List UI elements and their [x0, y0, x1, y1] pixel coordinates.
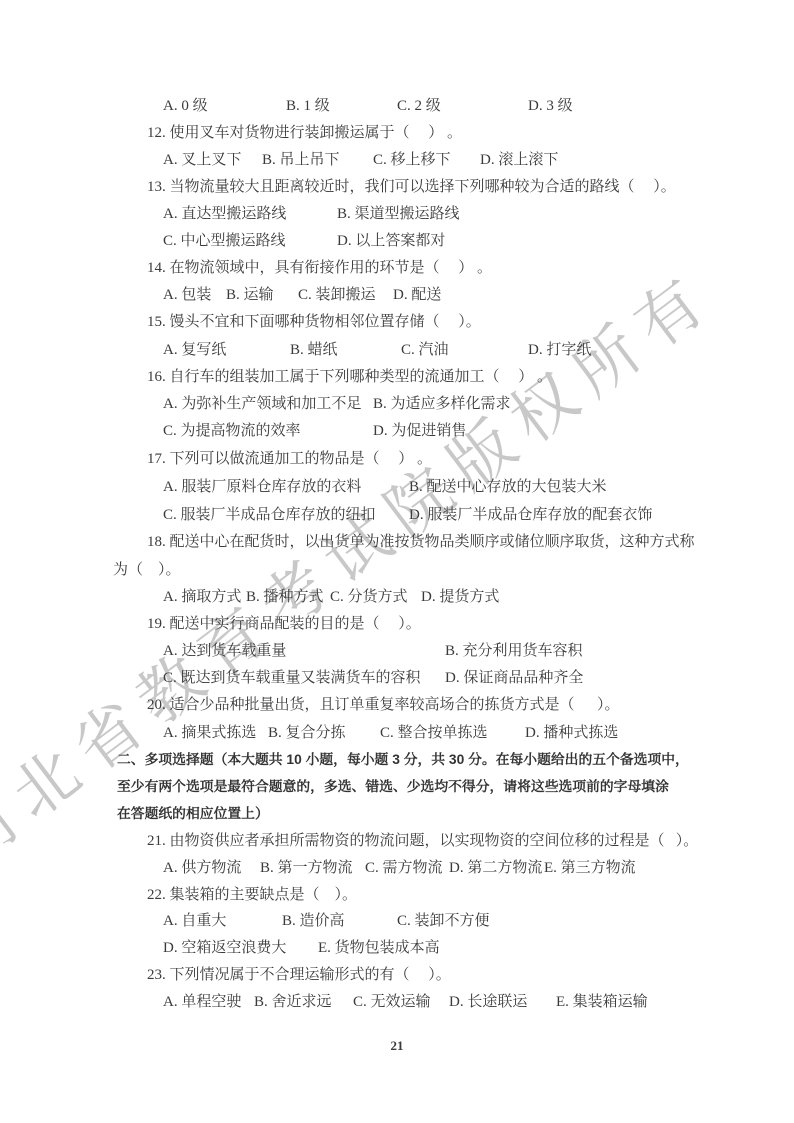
- q22-options-row1: B. 造价高: [282, 910, 345, 932]
- q15-options: B. 蜡纸: [290, 339, 338, 361]
- q13-options-row1: A. 直达型搬运路线: [163, 203, 286, 225]
- q20-options: B. 复合分拣: [268, 722, 346, 744]
- q18-options: C. 分货方式: [330, 586, 408, 608]
- q20-options: A. 摘果式拣选: [163, 722, 256, 744]
- q18-options: A. 摘取方式: [163, 586, 241, 608]
- q23-options: A. 单程空驶: [163, 991, 241, 1013]
- q16-options-row2: D. 为促进销售: [373, 420, 466, 442]
- q16-options-row1: A. 为弥补生产领域和加工不足: [163, 393, 361, 415]
- q13-options-row2: D. 以上答案都对: [337, 230, 445, 252]
- q11-options: D. 3 级: [528, 95, 573, 117]
- q12-options: A. 叉上叉下: [163, 149, 241, 171]
- text-layer: A. 0 级B. 1 级C. 2 级D. 3 级12. 使用叉车对货物进行装卸搬…: [0, 0, 794, 1123]
- q12-options: C. 移上移下: [373, 149, 451, 171]
- q23-options: E. 集装箱运输: [556, 991, 648, 1013]
- q14-options: A. 包装: [163, 284, 211, 306]
- q21-options: A. 供方物流: [163, 857, 241, 879]
- q14: 14. 在物流领域中，具有衔接作用的环节是（ ） 。: [147, 257, 492, 279]
- q21-options: C. 需方物流: [365, 857, 443, 879]
- q21: 21. 由物资供应者承担所需物资的物流问题，以实现物资的空间位移的过程是（ ）。: [147, 830, 698, 852]
- q22: 22. 集装箱的主要缺点是（ ）。: [147, 884, 357, 906]
- q19-options-row2: C. 既达到货车载重量又装满货车的容积: [163, 667, 421, 689]
- q11-options: B. 1 级: [286, 95, 330, 117]
- q23: 23. 下列情况属于不合理运输形式的有（ ）。: [147, 964, 451, 986]
- q12-options: B. 吊上吊下: [262, 149, 340, 171]
- q21-options: B. 第一方物流: [260, 857, 353, 879]
- q19: 19. 配送中实行商品配装的目的是（ ）。: [147, 613, 421, 635]
- exam-page: 河北省教育考试院版权所有 A. 0 级B. 1 级C. 2 级D. 3 级12.…: [0, 0, 794, 1123]
- q20: 20. 适合少品种批量出货，且订单重复率较高场合的拣货方式是（ ）。: [147, 694, 620, 716]
- q18-options: D. 提货方式: [421, 586, 499, 608]
- q13-options-row2: C. 中心型搬运路线: [163, 230, 286, 252]
- q18: 18. 配送中心在配货时，以出货单为准按货物品类顺序或储位顺序取货，这种方式称: [147, 531, 695, 553]
- q18-options: B. 播种方式: [246, 586, 324, 608]
- q21-options: E. 第三方物流: [544, 857, 636, 879]
- q11-options: A. 0 级: [163, 95, 208, 117]
- q15: 15. 馒头不宜和下面哪种货物相邻位置存储（ ）。: [147, 311, 481, 333]
- q15-options: D. 打字纸: [528, 339, 591, 361]
- q19-options-row1: A. 达到货车载重量: [163, 640, 286, 662]
- q22-options-row2: E. 货物包装成本高: [318, 937, 440, 959]
- q11-options: C. 2 级: [397, 95, 441, 117]
- q19-options-row2: D. 保证商品品种齐全: [445, 667, 583, 689]
- q23-options: C. 无效运输: [353, 991, 431, 1013]
- q12: 12. 使用叉车对货物进行装卸搬运属于（ ） 。: [147, 122, 462, 144]
- q19-options-row1: B. 充分利用货车容积: [445, 640, 583, 662]
- section-2-heading-line1: 二、多项选择题（本大题共 10 小题，每小题 3 分，共 30 分。在每小题给出…: [117, 749, 689, 771]
- q22-options-row2: D. 空箱返空浪费大: [163, 937, 286, 959]
- q21-options: D. 第二方物流: [449, 857, 542, 879]
- q14-options: D. 配送: [393, 284, 441, 306]
- q22-options-row1: C. 装卸不方便: [397, 910, 490, 932]
- q23-options: B. 舍近求远: [254, 991, 332, 1013]
- page-number: 21: [0, 1038, 794, 1054]
- q14-options: B. 运输: [226, 284, 274, 306]
- q16-options-row2: C. 为提高物流的效率: [163, 420, 301, 442]
- q17-options-row2: C. 服装厂半成品仓库存放的纽扣: [163, 504, 376, 526]
- q18-continuation: 为（ ）。: [113, 559, 181, 581]
- q23-options: D. 长途联运: [449, 991, 527, 1013]
- q22-options-row1: A. 自重大: [163, 910, 226, 932]
- q17: 17. 下列可以做流通加工的物品是（ ） 。: [147, 448, 432, 470]
- q15-options: C. 汽油: [401, 339, 449, 361]
- q12-options: D. 滚上滚下: [480, 149, 558, 171]
- q17-options-row1: A. 服装厂原料仓库存放的衣料: [163, 476, 361, 498]
- q13-options-row1: B. 渠道型搬运路线: [337, 203, 460, 225]
- q17-options-row2: D. 服装厂半成品仓库存放的配套衣饰: [409, 504, 652, 526]
- q14-options: C. 装卸搬运: [298, 284, 376, 306]
- q15-options: A. 复写纸: [163, 339, 226, 361]
- q20-options: D. 播种式拣选: [525, 722, 618, 744]
- q17-options-row1: B. 配送中心存放的大包装大米: [409, 476, 607, 498]
- q16: 16. 自行车的组装加工属于下列哪种类型的流通加工（ ） 。: [147, 366, 552, 388]
- section-2-heading-line2: 至少有两个选项是最符合题意的，多选、错选、少选均不得分，请将这些选项前的字母填涂: [117, 776, 669, 798]
- q16-options-row1: B. 为适应多样化需求: [373, 393, 511, 415]
- q13: 13. 当物流量较大且距离较近时，我们可以选择下列哪种较为合适的路线（ ）。: [147, 176, 676, 198]
- q20-options: C. 整合按单拣选: [380, 722, 488, 744]
- section-2-heading-line3: 在答题纸的相应位置上）: [117, 803, 269, 825]
